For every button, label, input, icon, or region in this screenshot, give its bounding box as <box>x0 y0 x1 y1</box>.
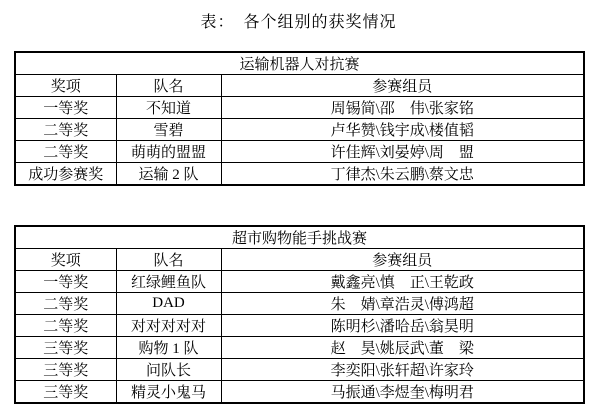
header-row: 奖项 队名 参赛组员 <box>15 75 584 97</box>
team-cell: 购物 1 队 <box>116 337 221 359</box>
table-title: 超市购物能手挑战赛 <box>15 226 584 249</box>
transport-robot-contest-table: 运输机器人对抗赛 奖项 队名 参赛组员 一等奖 不知道 周锡简\邵 伟\张家铭 … <box>14 51 585 186</box>
header-team: 队名 <box>116 249 221 271</box>
table-row: 三等奖 精灵小鬼马 马振通\李煜奎\梅明君 <box>15 381 584 404</box>
team-cell: 问队长 <box>116 359 221 381</box>
table-row: 三等奖 问队长 李奕阳\张轩超\许家玲 <box>15 359 584 381</box>
table-row: 成功参赛奖 运输 2 队 丁律杰\朱云鹏\蔡文忠 <box>15 163 584 186</box>
team-cell: 萌萌的盟盟 <box>116 141 221 163</box>
document-page: 表： 各个组别的获奖情况 运输机器人对抗赛 奖项 队名 参赛组员 一等奖 不知道… <box>0 0 597 411</box>
team-cell: 运输 2 队 <box>116 163 221 186</box>
award-cell: 一等奖 <box>15 271 116 293</box>
table-row: 二等奖 对对对对对 陈明杉\潘哈岳\翁昊明 <box>15 315 584 337</box>
members-cell: 卢华赞\钱宇成\楼值韬 <box>221 119 584 141</box>
members-cell: 陈明杉\潘哈岳\翁昊明 <box>221 315 584 337</box>
header-members: 参赛组员 <box>221 75 584 97</box>
members-cell: 李奕阳\张轩超\许家玲 <box>221 359 584 381</box>
award-cell: 二等奖 <box>15 293 116 315</box>
members-cell: 许佳辉\刘晏婷\周 盟 <box>221 141 584 163</box>
award-cell: 二等奖 <box>15 315 116 337</box>
team-cell: 精灵小鬼马 <box>116 381 221 404</box>
table-title-row: 运输机器人对抗赛 <box>15 52 584 75</box>
table-row: 一等奖 红绿鲤鱼队 戴鑫亮\慎 正\王乾政 <box>15 271 584 293</box>
team-cell: 不知道 <box>116 97 221 119</box>
page-title: 表： 各个组别的获奖情况 <box>0 0 597 32</box>
table-row: 一等奖 不知道 周锡简\邵 伟\张家铭 <box>15 97 584 119</box>
supermarket-shopping-contest-table: 超市购物能手挑战赛 奖项 队名 参赛组员 一等奖 红绿鲤鱼队 戴鑫亮\慎 正\王… <box>14 225 585 404</box>
members-cell: 戴鑫亮\慎 正\王乾政 <box>221 271 584 293</box>
award-cell: 三等奖 <box>15 381 116 404</box>
members-cell: 朱 婧\章浩灵\傅鸿超 <box>221 293 584 315</box>
table-row: 三等奖 购物 1 队 赵 昊\姚辰武\董 梁 <box>15 337 584 359</box>
table-row: 二等奖 雪碧 卢华赞\钱宇成\楼值韬 <box>15 119 584 141</box>
header-award: 奖项 <box>15 75 116 97</box>
team-cell: DAD <box>116 293 221 315</box>
team-cell: 对对对对对 <box>116 315 221 337</box>
members-cell: 赵 昊\姚辰武\董 梁 <box>221 337 584 359</box>
table-title: 运输机器人对抗赛 <box>15 52 584 75</box>
members-cell: 丁律杰\朱云鹏\蔡文忠 <box>221 163 584 186</box>
header-team: 队名 <box>116 75 221 97</box>
award-cell: 三等奖 <box>15 337 116 359</box>
award-cell: 一等奖 <box>15 97 116 119</box>
team-cell: 雪碧 <box>116 119 221 141</box>
header-members: 参赛组员 <box>221 249 584 271</box>
members-cell: 马振通\李煜奎\梅明君 <box>221 381 584 404</box>
award-cell: 二等奖 <box>15 141 116 163</box>
header-row: 奖项 队名 参赛组员 <box>15 249 584 271</box>
table-row: 二等奖 萌萌的盟盟 许佳辉\刘晏婷\周 盟 <box>15 141 584 163</box>
header-award: 奖项 <box>15 249 116 271</box>
award-cell: 二等奖 <box>15 119 116 141</box>
award-cell: 三等奖 <box>15 359 116 381</box>
award-cell: 成功参赛奖 <box>15 163 116 186</box>
table-row: 二等奖 DAD 朱 婧\章浩灵\傅鸿超 <box>15 293 584 315</box>
members-cell: 周锡简\邵 伟\张家铭 <box>221 97 584 119</box>
table-title-row: 超市购物能手挑战赛 <box>15 226 584 249</box>
team-cell: 红绿鲤鱼队 <box>116 271 221 293</box>
